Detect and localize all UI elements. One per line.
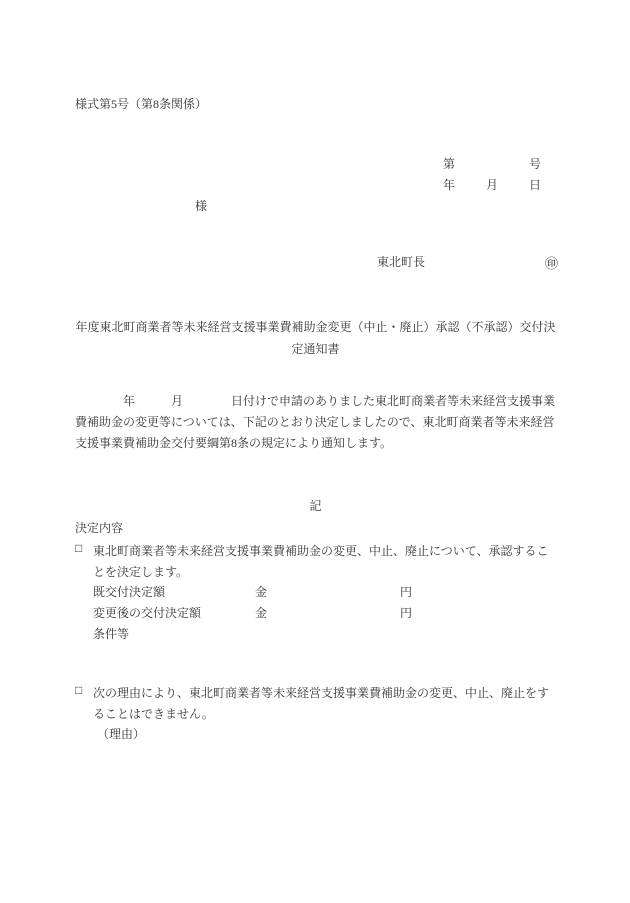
- decision-option-reject: 次の理由により、東北町商業者等未来経営支援事業費補助金の変更、中止、廃止をするこ…: [93, 683, 557, 725]
- document-page: 様式第5号（第8条関係） 第 号 年 月 日 様 東北町長 ㊞ 年度東北町商業者…: [0, 0, 630, 903]
- conditions-label: 条件等: [93, 625, 129, 642]
- form-number: 様式第5号（第8条関係）: [75, 95, 207, 112]
- doc-number-suffix: 号: [529, 155, 541, 172]
- decision-option-approve: 東北町商業者等未来経営支援事業費補助金の変更、中止、廃止について、承認することを…: [93, 541, 557, 583]
- currency-prefix: 金: [255, 604, 267, 621]
- sender-line: 東北町長 ㊞: [377, 253, 558, 272]
- field-label-changed-grant-amount: 変更後の交付決定額: [93, 604, 201, 621]
- field-row-changed-grant-amount: 変更後の交付決定額 金 円: [93, 604, 557, 620]
- date-line: 年 月 日: [443, 176, 541, 193]
- date-month-label: 月: [486, 176, 498, 193]
- field-label-previous-grant-amount: 既交付決定額: [93, 583, 165, 600]
- seal-mark-icon: ㊞: [545, 253, 558, 272]
- doc-number-prefix: 第: [443, 155, 455, 172]
- currency-suffix: 円: [400, 604, 412, 621]
- ki-heading: 記: [75, 497, 556, 514]
- addressee-honorific: 様: [195, 197, 207, 214]
- sender-name: 東北町長: [377, 253, 425, 272]
- document-number-line: 第 号: [443, 155, 541, 172]
- decision-content-heading: 決定内容: [75, 519, 123, 536]
- currency-prefix: 金: [255, 583, 267, 600]
- currency-suffix: 円: [400, 583, 412, 600]
- reason-label: （理由）: [97, 725, 145, 742]
- date-year-label: 年: [443, 176, 455, 193]
- date-day-label: 日: [529, 176, 541, 193]
- checkbox-reject-icon: □: [75, 683, 82, 698]
- body-paragraph: 年 月 日付けで申請のありました東北町商業者等未来経営支援事業費補助金の変更等に…: [75, 391, 557, 454]
- field-row-previous-grant-amount: 既交付決定額 金 円: [93, 583, 557, 599]
- document-title: 年度東北町商業者等未来経営支援事業費補助金変更（中止・廃止）承認（不承認）交付決…: [75, 316, 556, 360]
- checkbox-approve-icon: □: [75, 541, 82, 556]
